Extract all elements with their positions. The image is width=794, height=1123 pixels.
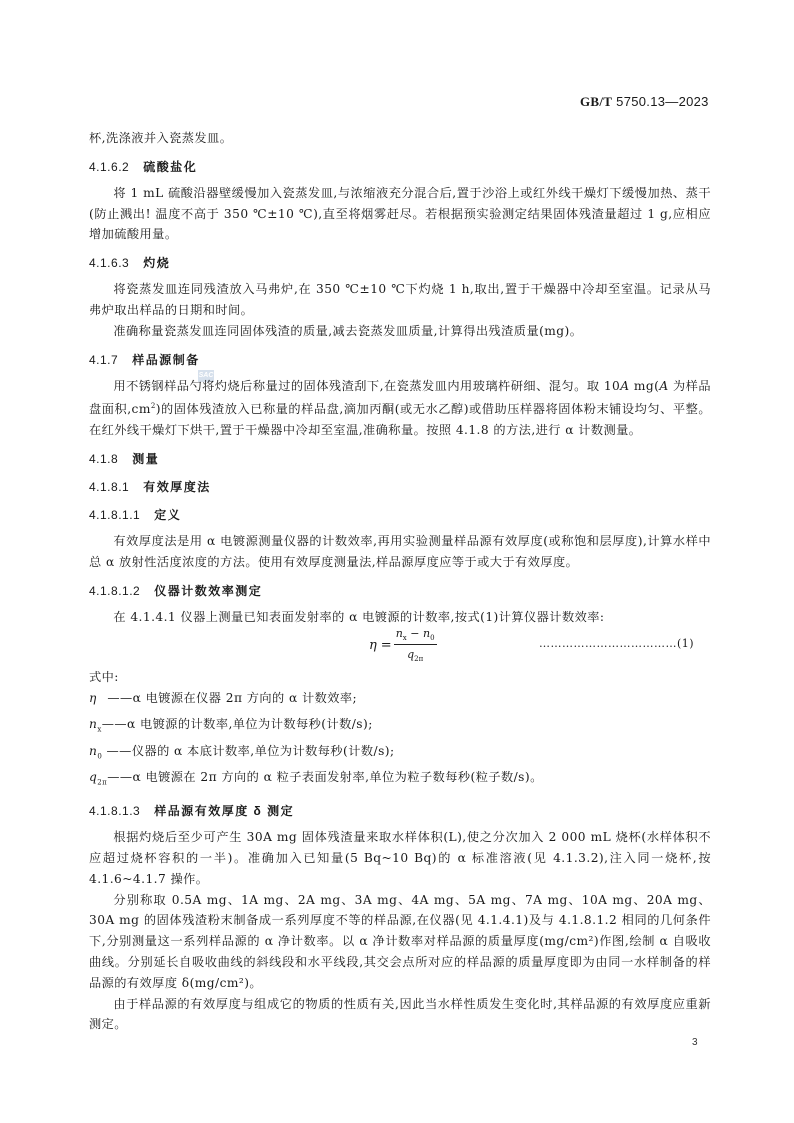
- subscript: 2π: [97, 778, 107, 786]
- paragraph-thickness-2: 分别称取 0.5A mg、1A mg、2A mg、3A mg、4A mg、5A …: [89, 890, 711, 994]
- heading-title: 硫酸盐化: [143, 160, 197, 174]
- subscript: 0: [430, 635, 434, 643]
- heading-number: 4.1.8.1.1: [89, 508, 140, 522]
- where-label: 式中:: [89, 667, 711, 688]
- page-number: 3: [692, 1037, 698, 1048]
- heading-title: 有效厚度法: [143, 480, 211, 494]
- where-clause: 式中: η ——α 电镀源在仪器 2π 方向的 α 计数效率; nx——α 电镀…: [89, 667, 711, 793]
- formula-fraction: nx − n0 q2π: [394, 627, 437, 662]
- paragraph-thickness-1: 根据灼烧后至少可产生 30A mg 固体残渣量来取水样体积(L),使之分次加入 …: [89, 827, 711, 889]
- heading-title: 样品源有效厚度 δ 测定: [154, 804, 294, 818]
- heading-4-1-6-3: 4.1.6.3灼烧: [89, 253, 711, 273]
- heading-number: 4.1.7: [89, 353, 118, 367]
- subscript: 2π: [414, 655, 423, 663]
- symbol-description: ——α 电镀源在仪器 2π 方向的 α 计数效率;: [103, 691, 357, 705]
- variable-a: A: [659, 379, 668, 393]
- symbol-description: ——α 电镀源的计数率,单位为计数每秒(计数/s);: [102, 717, 373, 731]
- where-item: q2π——α 电镀源在 2π 方向的 α 粒子表面发射率,单位为粒子数每秒(粒子…: [89, 767, 711, 793]
- paragraph-sample-prep: 用不锈钢样品勺将灼烧后称量过的固体残渣刮下,在瓷蒸发皿内用玻璃杵研细、混匀。取 …: [89, 376, 711, 441]
- paragraph-ignition-1: 将瓷蒸发皿连同残渣放入马弗炉,在 350 ℃±10 ℃下灼烧 1 h,取出,置于…: [89, 279, 711, 321]
- formula-lhs: η: [369, 638, 377, 653]
- text-run: )的固体残渣放入已称量的样品盘,滴加丙酮(或无水乙醇)或借助压样器将固体粉末铺设…: [89, 402, 711, 437]
- symbol-n: n: [423, 627, 430, 640]
- heading-title: 测量: [132, 452, 159, 466]
- formula-equals: =: [381, 638, 392, 653]
- heading-number: 4.1.8.1.2: [89, 584, 140, 598]
- heading-title: 定义: [154, 508, 181, 522]
- heading-4-1-8-1: 4.1.8.1有效厚度法: [89, 477, 711, 497]
- equation-1: η = nx − n0 q2π ………………………………(1): [89, 627, 711, 667]
- symbol-description: ——仪器的 α 本底计数率,单位为计数每秒(计数/s);: [102, 744, 394, 758]
- formula-denominator: q2π: [407, 645, 423, 663]
- symbol: η: [89, 688, 103, 709]
- paragraph-sulfation: 将 1 mL 硫酸沿器壁缓慢加入瓷蒸发皿,与浓缩液充分混合后,置于沙浴上或红外线…: [89, 183, 711, 245]
- heading-4-1-8: 4.1.8测量: [89, 449, 711, 469]
- text-run: mg(: [630, 379, 660, 393]
- where-item: nx——α 电镀源的计数率,单位为计数每秒(计数/s);: [89, 714, 711, 740]
- paragraph-ignition-2: 准确称量瓷蒸发皿连同固体残渣的质量,减去瓷蒸发皿质量,计算得出残渣质量(mg)。: [89, 321, 711, 342]
- standard-code: GB/T 5750.13—2023: [580, 94, 709, 110]
- symbol-description: ——α 电镀源在 2π 方向的 α 粒子表面发射率,单位为粒子数每秒(粒子数/s…: [107, 770, 543, 784]
- document-body: 杯,洗涤液并入瓷蒸发皿。 4.1.6.2硫酸盐化 将 1 mL 硫酸沿器壁缓慢加…: [89, 128, 711, 1035]
- paragraph-efficiency: 在 4.1.4.1 仪器上测量已知表面发射率的 α 电镀源的计数率,按式(1)计…: [89, 607, 711, 628]
- heading-4-1-8-1-1: 4.1.8.1.1定义: [89, 505, 711, 525]
- heading-4-1-8-1-2: 4.1.8.1.2仪器计数效率测定: [89, 581, 711, 601]
- paragraph-thickness-3: 由于样品源的有效厚度与组成它的物质的性质有关,因此当水样性质发生变化时,其样品源…: [89, 994, 711, 1036]
- heading-number: 4.1.8.1: [89, 480, 129, 494]
- formula-numerator: nx − n0: [394, 627, 437, 644]
- text-run: 用不锈钢样品勺将灼烧后称量过的固体残渣刮下,在瓷蒸发皿内用玻璃杵研细、混匀。取 …: [113, 379, 620, 393]
- paragraph-definition: 有效厚度法是用 α 电镀源测量仪器的计数效率,再用实验测量样品源有效厚度(或称饱…: [89, 531, 711, 573]
- heading-title: 仪器计数效率测定: [154, 584, 262, 598]
- equation-number: ………………………………(1): [539, 637, 694, 650]
- heading-4-1-7: 4.1.7样品源制备: [89, 350, 711, 370]
- heading-number: 4.1.8.1.3: [89, 804, 140, 818]
- standard-number: 5750.13—2023: [612, 94, 708, 109]
- symbol-n: n: [396, 627, 403, 640]
- paragraph-continuation: 杯,洗涤液并入瓷蒸发皿。: [89, 128, 711, 149]
- heading-number: 4.1.6.2: [89, 160, 129, 174]
- heading-title: 样品源制备: [132, 353, 200, 367]
- minus-sign: −: [407, 627, 423, 640]
- where-item: n0 ——仪器的 α 本底计数率,单位为计数每秒(计数/s);: [89, 741, 711, 767]
- standard-prefix: GB/T: [580, 94, 612, 109]
- where-item: η ——α 电镀源在仪器 2π 方向的 α 计数效率;: [89, 688, 711, 714]
- heading-number: 4.1.8: [89, 452, 118, 466]
- heading-4-1-8-1-3: 4.1.8.1.3样品源有效厚度 δ 测定: [89, 801, 711, 821]
- heading-title: 灼烧: [143, 256, 170, 270]
- variable-a: A: [620, 379, 629, 393]
- heading-4-1-6-2: 4.1.6.2硫酸盐化: [89, 157, 711, 177]
- formula: η = nx − n0 q2π: [369, 627, 437, 662]
- heading-number: 4.1.6.3: [89, 256, 129, 270]
